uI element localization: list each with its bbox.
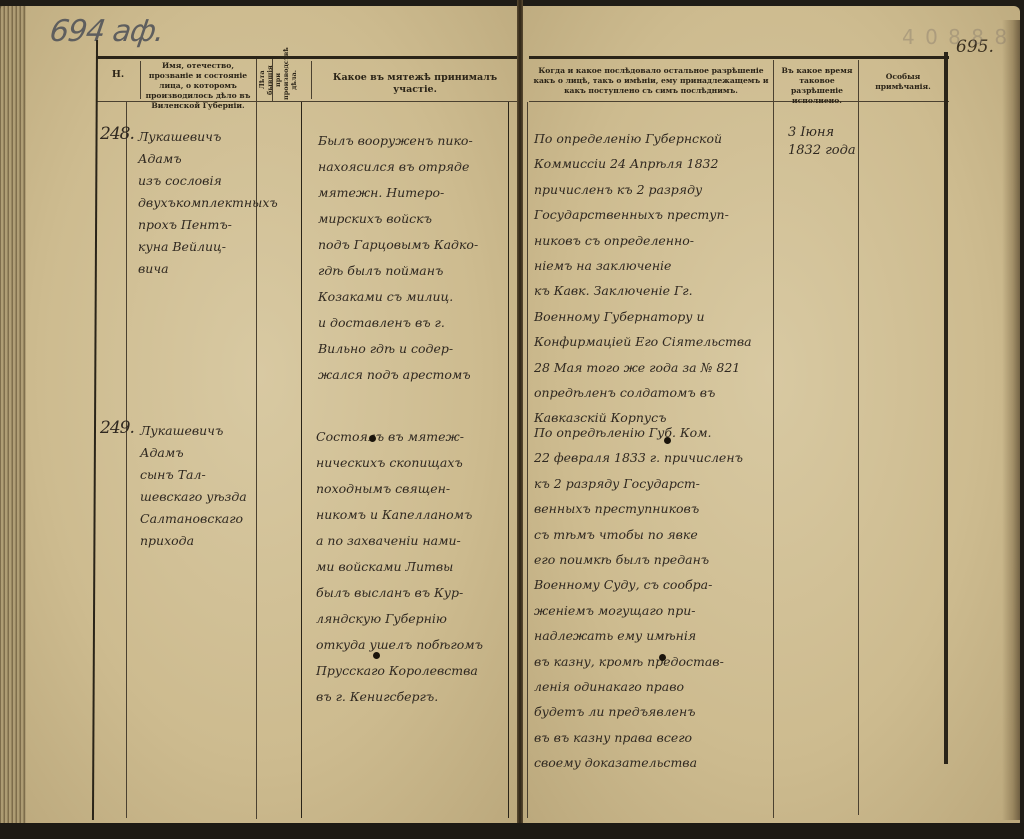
- entry-resolution: По опредѣленію Губ. Ком. 22 февраля 1833…: [534, 420, 774, 776]
- left-col-divider-1: [126, 102, 127, 818]
- left-col-divider-4: [301, 102, 302, 818]
- header-resolution: Когда и какое послѣдовало остальное разр…: [531, 66, 771, 96]
- entry-name: Лукашевичъ Адамъ изъ сословія двухъкомпл…: [138, 126, 256, 280]
- entry-role: Состоялъ въ мятеж- ническихъ скопищахъ п…: [316, 424, 508, 710]
- binding-hole: [369, 435, 376, 442]
- header-number: Н.: [108, 69, 128, 81]
- page-edges: [0, 6, 26, 824]
- left-col-divider-2: [256, 59, 257, 819]
- entry-role: Былъ вооруженъ пико- нахоясился въ отряд…: [318, 128, 510, 388]
- right-inner-left-rule: [527, 102, 528, 818]
- right-top-rule: [529, 56, 949, 59]
- header-role: Какое въ мятежѣ принималъ участіе.: [315, 72, 515, 96]
- entry-executed: 3 Іюня 1832 года: [788, 124, 858, 160]
- right-outer-rule: [944, 52, 948, 764]
- header-notes: Особыя примѣчанія.: [862, 72, 944, 92]
- right-page-edge: [1002, 20, 1020, 820]
- faint-stamp: 4 0 8 8 8: [902, 25, 1009, 49]
- binding-hole: [373, 652, 380, 659]
- bottom-shadow: [0, 823, 1024, 839]
- binding-hole: [664, 437, 671, 444]
- header-age: Лѣта бывшія при производствѣ дѣла.: [258, 60, 308, 100]
- left-folio-number: 694 аф.: [48, 14, 166, 49]
- entry-number: 249.: [100, 418, 134, 438]
- header-name: Имя, отечество, прозваніе и состояніе ли…: [141, 61, 255, 111]
- entry-resolution: По определенію Губернской Коммиссіи 24 А…: [534, 126, 774, 431]
- left-header-divider-b: [311, 61, 312, 99]
- left-top-rule: [97, 56, 517, 59]
- header-executed: Въ какое время таковое разрѣшеніе исполн…: [777, 66, 857, 106]
- book-spine: [517, 0, 523, 839]
- right-col-divider-2: [858, 60, 859, 815]
- entry-number: 248.: [100, 124, 134, 144]
- binding-hole: [659, 654, 666, 661]
- open-ledger: 694 аф. 695. 4 0 8 8 8 Н. Имя, отечество…: [0, 0, 1024, 839]
- right-header-bottom-rule: [529, 101, 949, 102]
- entry-name: Лукашевичъ Адамъ сынъ Тал- шевскаго уѣзд…: [140, 420, 256, 552]
